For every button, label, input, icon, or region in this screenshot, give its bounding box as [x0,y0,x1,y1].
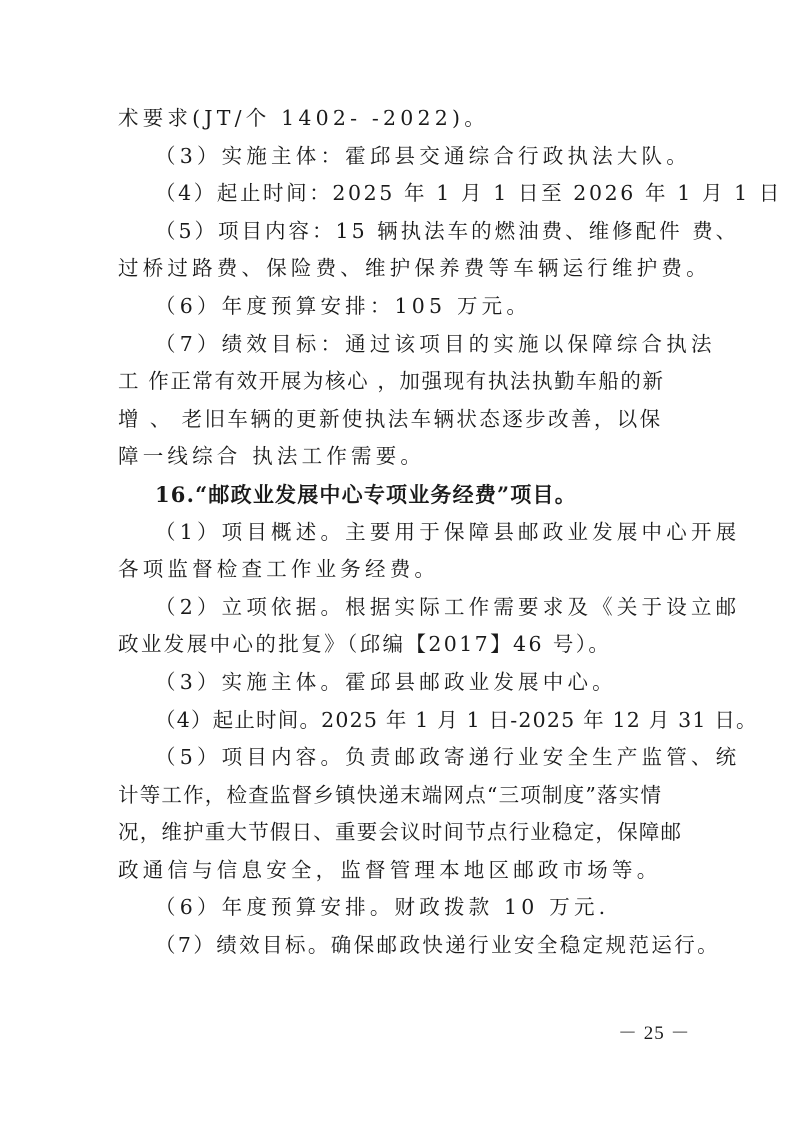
paragraph-line: 各项监督检查工作业务经费。 [118,551,682,589]
paragraph-line: （5）项目内容：15 辆执法车的燃油费、维修配件 费、 [118,213,682,251]
paragraph-line: 计等工作，检查监督乡镇快递末端网点“三项制度”落实情 [118,777,682,815]
paragraph-line: 术要求(JT/个 1402- -2022)。 [118,100,682,138]
paragraph-line: （4）起止时间。2025 年 1 月 1 日-2025 年 12 月 31 日。 [118,702,682,740]
paragraph-line: （7）绩效目标：通过该项目的实施以保障综合执法 [118,326,682,364]
page-number: － 25 － [618,1018,691,1045]
paragraph-line: 增 、 老旧车辆的更新使执法车辆状态逐步改善，以保 [118,401,682,439]
paragraph-line: （4）起止时间：2025 年 1 月 1 日至 2026 年 1 月 1 日 [118,175,682,213]
section-heading: 16.“邮政业发展中心专项业务经费”项目。 [118,476,682,514]
document-page: 术要求(JT/个 1402- -2022)。 （3）实施主体：霍邱县交通综合行政… [118,100,682,965]
paragraph-line: （1）项目概述。主要用于保障县邮政业发展中心开展 [118,514,682,552]
paragraph-line: （6）年度预算安排：105 万元。 [118,288,682,326]
paragraph-line: （3）实施主体。霍邱县邮政业发展中心。 [118,664,682,702]
paragraph-line: 政通信与信息安全，监督管理本地区邮政市场等。 [118,852,682,890]
paragraph-line: （6）年度预算安排。财政拨款 10 万元. [118,889,682,927]
paragraph-line: （7）绩效目标。确保邮政快递行业安全稳定规范运行。 [118,927,682,965]
paragraph-line: 政业发展中心的批复》（邱编【2017】46 号）。 [118,626,682,664]
paragraph-line: （2）立项依据。根据实际工作需要求及《关于设立邮 [118,589,682,627]
paragraph-line: 过桥过路费、保险费、维护保养费等车辆运行维护费。 [118,250,682,288]
paragraph-line: 工 作正常有效开展为核心 ，加强现有执法执勤车船的新 [118,363,682,401]
paragraph-line: 障一线综合 执法工作需要。 [118,438,682,476]
paragraph-line: （5）项目内容。负责邮政寄递行业安全生产监管、统 [118,739,682,777]
paragraph-line: （3）实施主体：霍邱县交通综合行政执法大队。 [118,138,682,176]
paragraph-line: 况，维护重大节假日、重要会议时间节点行业稳定，保障邮 [118,814,682,852]
